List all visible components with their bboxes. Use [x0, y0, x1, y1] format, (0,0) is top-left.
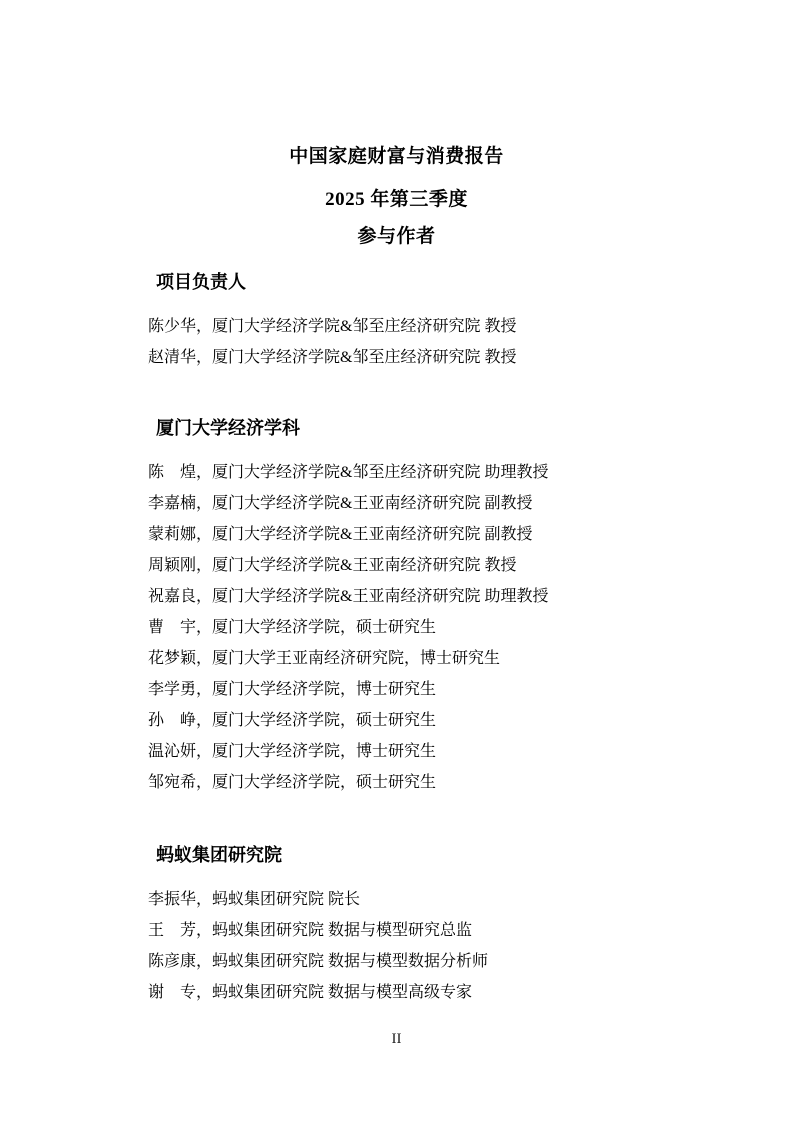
entry-list: 李振华，蚂蚁集团研究院 院长 王 芳，蚂蚁集团研究院 数据与模型研究总监 陈彦康…	[148, 884, 683, 1008]
author-entry: 蒙莉娜，厦门大学经济学院&王亚南经济研究院 副教授	[148, 519, 683, 550]
section-title: 项目负责人	[148, 272, 683, 292]
section-ant-group-research: 蚂蚁集团研究院 李振华，蚂蚁集团研究院 院长 王 芳，蚂蚁集团研究院 数据与模型…	[148, 845, 683, 1008]
document-page: 中国家庭财富与消费报告 2025 年第三季度 参与作者 项目负责人 陈少华，厦门…	[0, 0, 793, 1122]
author-entry: 陈 煌，厦门大学经济学院&邹至庄经济研究院 助理教授	[148, 457, 683, 488]
author-entry: 李学勇，厦门大学经济学院，博士研究生	[148, 674, 683, 705]
title-block: 中国家庭财富与消费报告 2025 年第三季度 参与作者	[0, 146, 793, 248]
section-title: 蚂蚁集团研究院	[148, 845, 683, 865]
author-entry: 李嘉楠，厦门大学经济学院&王亚南经济研究院 副教授	[148, 488, 683, 519]
entry-list: 陈 煌，厦门大学经济学院&邹至庄经济研究院 助理教授 李嘉楠，厦门大学经济学院&…	[148, 457, 683, 798]
author-entry: 谢 专，蚂蚁集团研究院 数据与模型高级专家	[148, 977, 683, 1008]
author-entry: 陈彦康，蚂蚁集团研究院 数据与模型数据分析师	[148, 946, 683, 977]
author-entry: 祝嘉良，厦门大学经济学院&王亚南经济研究院 助理教授	[148, 581, 683, 612]
report-authors-heading: 参与作者	[0, 226, 793, 248]
author-entry: 孙 峥，厦门大学经济学院，硕士研究生	[148, 705, 683, 736]
report-title: 中国家庭财富与消费报告	[0, 146, 793, 168]
author-entry: 邹宛希，厦门大学经济学院，硕士研究生	[148, 767, 683, 798]
author-entry: 周颖刚，厦门大学经济学院&王亚南经济研究院 教授	[148, 550, 683, 581]
author-entry: 曹 宇，厦门大学经济学院，硕士研究生	[148, 612, 683, 643]
content-block: 项目负责人 陈少华，厦门大学经济学院&邹至庄经济研究院 教授 赵清华，厦门大学经…	[148, 262, 683, 1008]
author-entry: 温沁妍，厦门大学经济学院，博士研究生	[148, 736, 683, 767]
section-xmu-economics: 厦门大学经济学科 陈 煌，厦门大学经济学院&邹至庄经济研究院 助理教授 李嘉楠，…	[148, 418, 683, 798]
author-entry: 李振华，蚂蚁集团研究院 院长	[148, 884, 683, 915]
author-entry: 王 芳，蚂蚁集团研究院 数据与模型研究总监	[148, 915, 683, 946]
section-project-leads: 项目负责人 陈少华，厦门大学经济学院&邹至庄经济研究院 教授 赵清华，厦门大学经…	[148, 272, 683, 373]
author-entry: 陈少华，厦门大学经济学院&邹至庄经济研究院 教授	[148, 311, 683, 342]
page-number: II	[0, 1030, 793, 1048]
author-entry: 花梦颖，厦门大学王亚南经济研究院，博士研究生	[148, 643, 683, 674]
author-entry: 赵清华，厦门大学经济学院&邹至庄经济研究院 教授	[148, 342, 683, 373]
section-title: 厦门大学经济学科	[148, 418, 683, 438]
entry-list: 陈少华，厦门大学经济学院&邹至庄经济研究院 教授 赵清华，厦门大学经济学院&邹至…	[148, 311, 683, 373]
report-quarter: 2025 年第三季度	[0, 189, 793, 211]
